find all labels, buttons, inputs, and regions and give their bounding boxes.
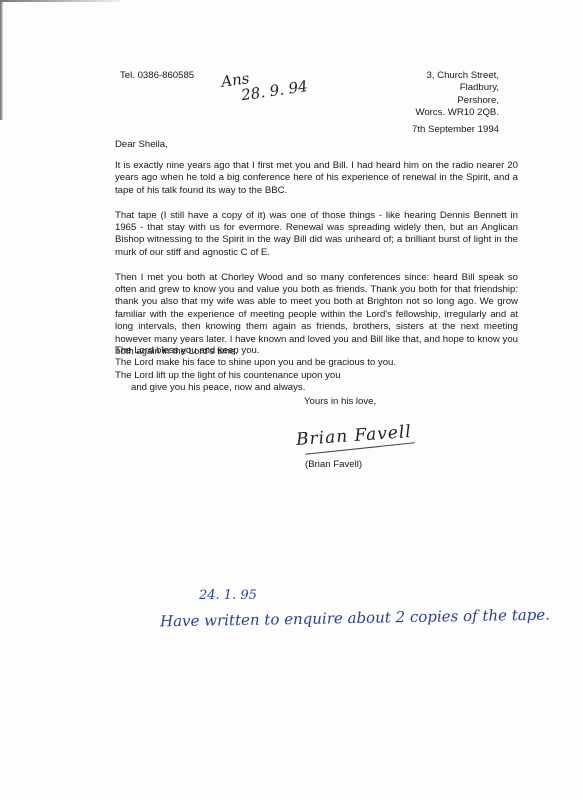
- body-paragraph: It is exactly nine years ago that I firs…: [115, 160, 518, 197]
- salutation: Dear Sheila,: [115, 139, 168, 151]
- closing: Yours in his love,: [304, 396, 376, 408]
- telephone-number: Tel. 0386-860585: [120, 70, 194, 82]
- printed-name: (Brian Favell): [305, 459, 362, 471]
- letter-date: 7th September 1994: [412, 124, 499, 136]
- blessing-line: The Lord bless you and keep you.: [115, 345, 518, 357]
- address-line: Worcs. WR10 2QB.: [415, 107, 499, 119]
- blessing-line: The Lord make his face to shine upon you…: [115, 357, 518, 369]
- letter-body: It is exactly nine years ago that I firs…: [115, 160, 518, 371]
- address-line: 3, Church Street,: [415, 70, 499, 82]
- scan-edge-shadow: [0, 0, 3, 120]
- letter-page: Tel. 0386-860585 Ans 28. 9. 94 3, Church…: [0, 0, 583, 800]
- handwritten-note-text: Have written to enquire about 2 copies o…: [160, 605, 550, 632]
- address-line: Fladbury,: [415, 82, 499, 94]
- sender-address: 3, Church Street, Fladbury, Pershore, Wo…: [415, 70, 499, 120]
- blessing: The Lord bless you and keep you. The Lor…: [115, 345, 518, 395]
- blessing-line: The Lord lift up the light of his counte…: [115, 370, 518, 382]
- address-line: Pershore,: [415, 95, 499, 107]
- handwritten-answered-note: Ans 28. 9. 94: [220, 62, 308, 105]
- body-paragraph: That tape (I still have a copy of it) wa…: [115, 210, 518, 260]
- blessing-line: and give you his peace, now and always.: [115, 382, 518, 394]
- handwritten-note-date: 24. 1. 95: [199, 590, 257, 602]
- scan-edge-shadow-top: [0, 0, 120, 2]
